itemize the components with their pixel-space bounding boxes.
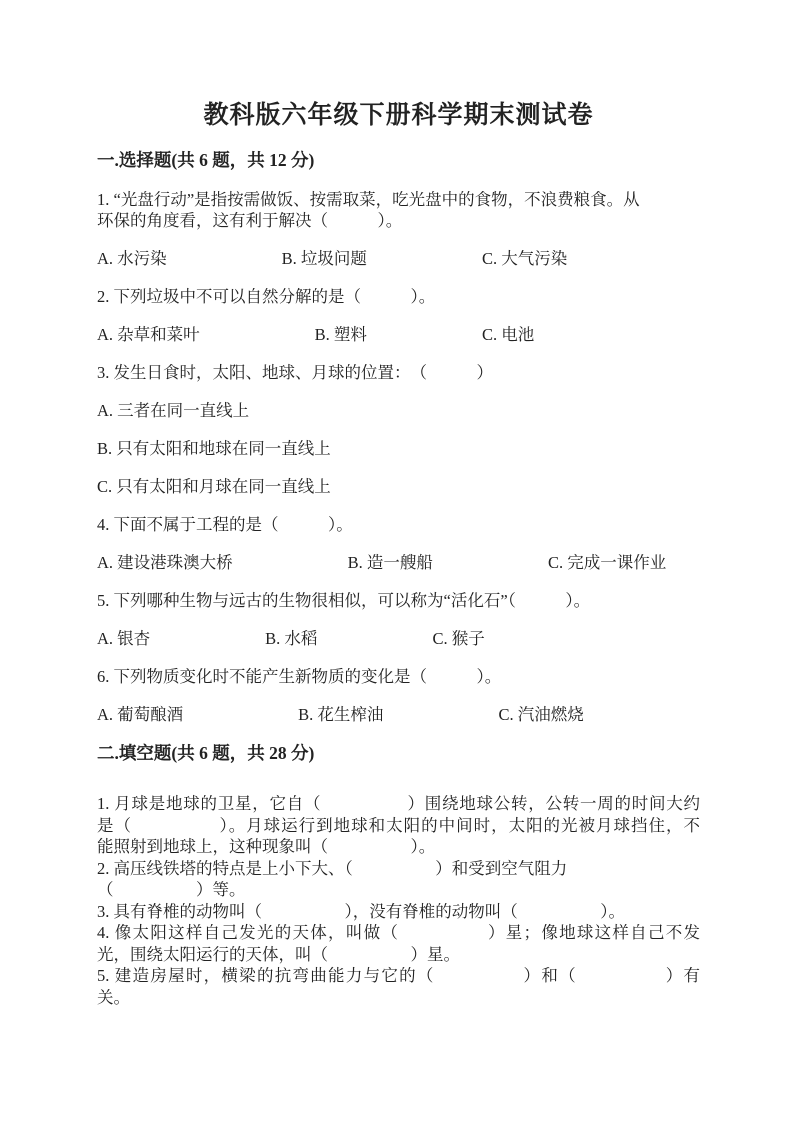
choice-question-3-option-c: C. 只有太阳和月球在同一直线上 <box>97 476 700 497</box>
question-text-line: 4. 下面不属于工程的是（ ）。 <box>97 514 700 535</box>
fill-section: 二.填空题(共 6 题，共 28 分) 1. 月球是地球的卫星，它自（ ）围绕地… <box>97 742 700 1008</box>
question-text-line: 6. 下列物质变化时不能产生新物质的变化是（ ）。 <box>97 666 700 687</box>
question-text-line: 2. 下列垃圾中不可以自然分解的是（ ）。 <box>97 286 700 307</box>
option-b: B. 造一艘船 <box>348 552 433 573</box>
fill-text-line: 1. 月球是地球的卫星，它自（ ）围绕地球公转，公转一周的时间大约 <box>97 793 700 815</box>
option-b: B. 花生榨油 <box>298 704 383 725</box>
choice-question-5: 5. 下列哪种生物与远古的生物很相似，可以称为“活化石”（ ）。 <box>97 590 700 611</box>
option-a: A. 杂草和菜叶 <box>97 324 200 345</box>
choice-question-2-options: A. 杂草和菜叶 B. 塑料 C. 电池 <box>97 324 700 345</box>
choice-question-6: 6. 下列物质变化时不能产生新物质的变化是（ ）。 <box>97 666 700 687</box>
fill-text-line: 能照射到地球上，这种现象叫（ ）。 <box>97 836 700 858</box>
option-c: C. 猴子 <box>432 628 484 649</box>
choice-question-1-options: A. 水污染 B. 垃圾问题 C. 大气污染 <box>97 248 700 269</box>
option-b: B. 塑料 <box>315 324 367 345</box>
fill-questions-block: 1. 月球是地球的卫星，它自（ ）围绕地球公转，公转一周的时间大约 是（ ）。月… <box>97 793 700 1008</box>
question-text-line: 5. 下列哪种生物与远古的生物很相似，可以称为“活化石”（ ）。 <box>97 590 700 611</box>
test-paper-page: 教科版六年级下册科学期末测试卷 一.选择题(共 6 题，共 12 分) 1. “… <box>0 0 800 1131</box>
option-c: C. 汽油燃烧 <box>498 704 583 725</box>
question-text-line: 1. “光盘行动”是指按需做饭、按需取菜，吃光盘中的食物，不浪费粮食。从 <box>97 189 700 210</box>
choice-question-2: 2. 下列垃圾中不可以自然分解的是（ ）。 <box>97 286 700 307</box>
option-b: B. 垃圾问题 <box>282 248 367 269</box>
fill-text-line: 关。 <box>97 987 700 1009</box>
option-b: B. 水稻 <box>265 628 317 649</box>
option-a: A. 建设港珠澳大桥 <box>97 552 233 573</box>
fill-text-line: 是（ ）。月球运行到地球和太阳的中间时，太阳的光被月球挡住，不 <box>97 815 700 837</box>
option-c: C. 完成一课作业 <box>548 552 666 573</box>
choice-question-4-options: A. 建设港珠澳大桥 B. 造一艘船 C. 完成一课作业 <box>97 552 700 573</box>
choice-section-heading: 一.选择题(共 6 题，共 12 分) <box>97 149 700 172</box>
choice-question-4: 4. 下面不属于工程的是（ ）。 <box>97 514 700 535</box>
fill-text-line: 3. 具有脊椎的动物叫（ ），没有脊椎的动物叫（ ）。 <box>97 901 700 923</box>
option-c: C. 大气污染 <box>482 248 567 269</box>
fill-text-line: 4. 像太阳这样自己发光的天体，叫做（ ）星；像地球这样自己不发 <box>97 922 700 944</box>
choice-question-1: 1. “光盘行动”是指按需做饭、按需取菜，吃光盘中的食物，不浪费粮食。从 环保的… <box>97 189 700 231</box>
question-text-line: 环保的角度看，这有利于解决（ ）。 <box>97 210 700 231</box>
fill-section-heading: 二.填空题(共 6 题，共 28 分) <box>97 742 700 765</box>
option-c: C. 电池 <box>482 324 534 345</box>
fill-text-line: 5. 建造房屋时，横梁的抗弯曲能力与它的（ ）和（ ）有 <box>97 965 700 987</box>
fill-text-line: （ ）等。 <box>97 879 700 901</box>
fill-text-line: 光，围绕太阳运行的天体，叫（ ）星。 <box>97 944 700 966</box>
option-a: A. 水污染 <box>97 248 167 269</box>
fill-text-line: 2. 高压线铁塔的特点是上小下大、（ ）和受到空气阻力 <box>97 858 700 880</box>
option-a: A. 银杏 <box>97 628 150 649</box>
choice-question-3: 3. 发生日食时，太阳、地球、月球的位置： （ ） <box>97 362 700 383</box>
choice-question-3-option-a: A. 三者在同一直线上 <box>97 400 700 421</box>
question-text-line: 3. 发生日食时，太阳、地球、月球的位置： （ ） <box>97 362 700 383</box>
choice-question-3-option-b: B. 只有太阳和地球在同一直线上 <box>97 438 700 459</box>
choice-section: 一.选择题(共 6 题，共 12 分) 1. “光盘行动”是指按需做饭、按需取菜… <box>97 149 700 725</box>
option-a: A. 葡萄酿酒 <box>97 704 183 725</box>
page-title: 教科版六年级下册科学期末测试卷 <box>97 100 700 132</box>
choice-question-6-options: A. 葡萄酿酒 B. 花生榨油 C. 汽油燃烧 <box>97 704 700 725</box>
choice-question-5-options: A. 银杏 B. 水稻 C. 猴子 <box>97 628 700 649</box>
